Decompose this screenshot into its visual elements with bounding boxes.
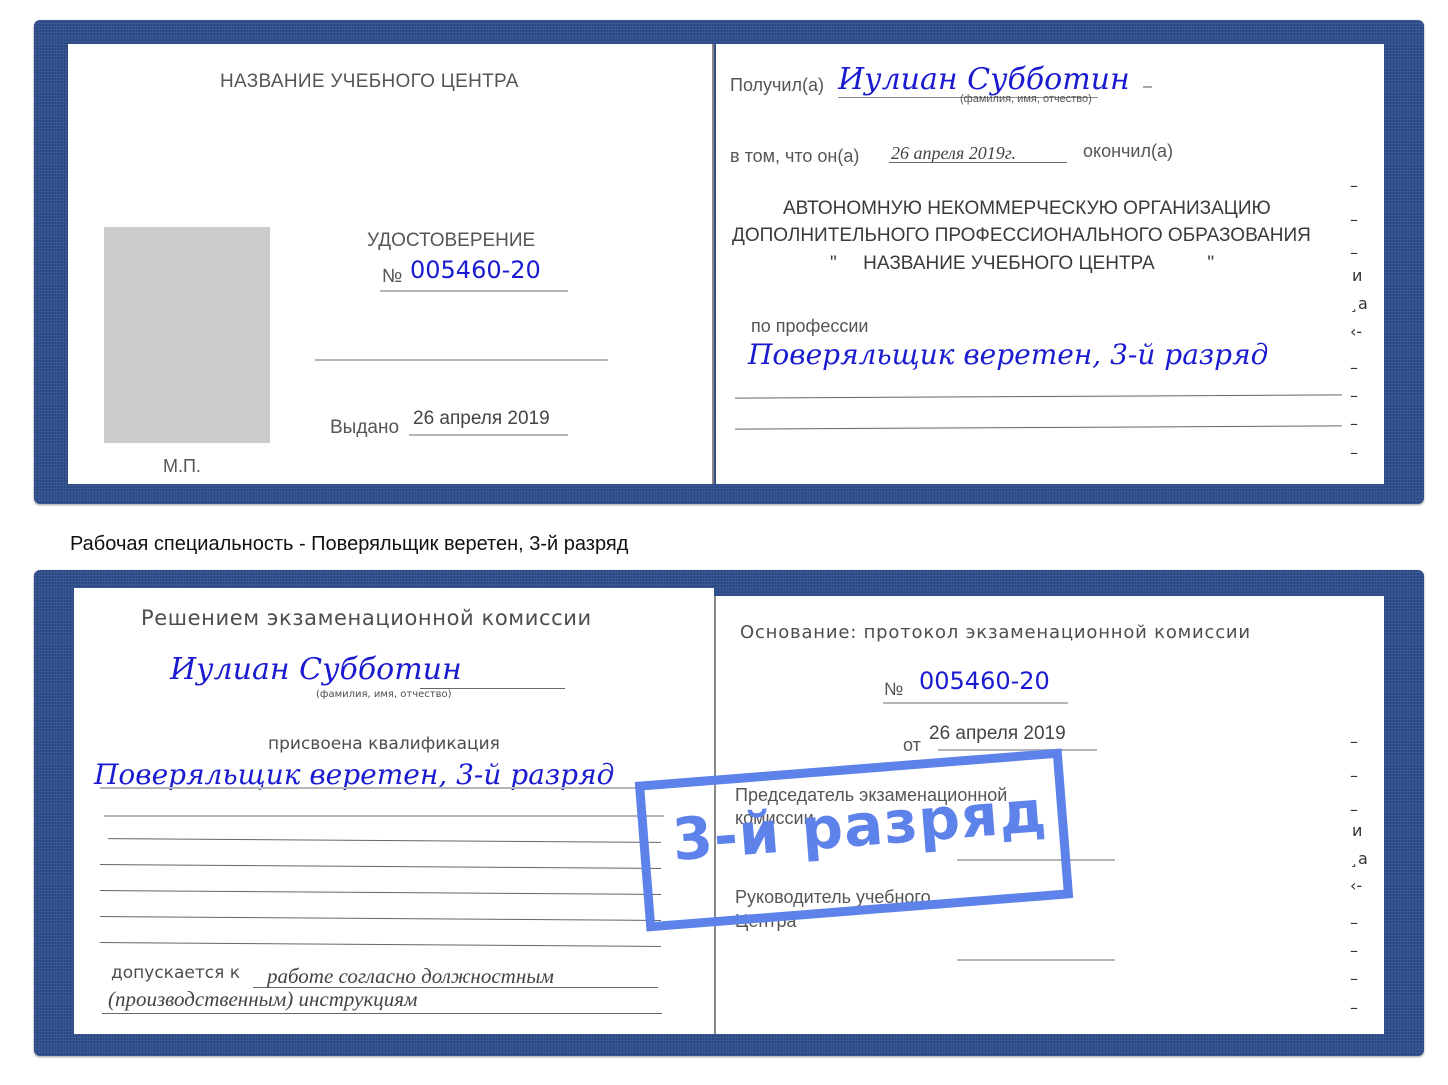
profession-label: по профессии xyxy=(751,316,868,337)
edge-mark: ‹- xyxy=(1350,322,1362,341)
completed-date: 26 апреля 2019г. xyxy=(891,143,1016,164)
edge-mark: ¸а xyxy=(1350,849,1368,868)
completed-suffix: окончил(а) xyxy=(1083,141,1173,162)
edge-mark: – xyxy=(1350,941,1358,960)
commission-recipient-name: Иулиан Суббоmин xyxy=(170,652,462,687)
edge-mark: – xyxy=(1350,358,1358,377)
commission-name-hint: (фамилия, имя, отчество) xyxy=(316,689,452,700)
completed-prefix: в том, что он(а) xyxy=(730,146,859,167)
organization-line-2: ДОПОЛНИТЕЛЬНОГО ПРОФЕССИОНАЛЬНОГО ОБРАЗО… xyxy=(732,225,1311,247)
dash-mark: – xyxy=(1143,78,1152,96)
edge-mark: – xyxy=(1350,913,1358,932)
edge-mark: ¸а xyxy=(1350,294,1368,313)
photo-placeholder xyxy=(104,227,270,443)
edge-mark: – xyxy=(1350,210,1358,229)
admitted-line-2: (производственным) инструкциям xyxy=(108,987,417,1012)
admitted-underline-2 xyxy=(102,1013,662,1014)
protocol-date: 26 апреля 2019 xyxy=(929,723,1066,745)
commission-decision-title: Решением экзаменационной комиссии xyxy=(141,606,592,630)
protocol-number-underline xyxy=(883,702,1068,704)
edge-mark: – xyxy=(1350,800,1358,819)
edge-mark: – xyxy=(1350,386,1358,405)
issued-date: 26 апреля 2019 xyxy=(413,408,550,430)
qualification-line-1 xyxy=(100,787,664,789)
edge-mark: и xyxy=(1352,821,1362,840)
profession-value: Поверяльщик веретен, 3-й разряд xyxy=(748,338,1268,371)
issued-date-underline xyxy=(409,434,568,436)
edge-mark: – xyxy=(1350,732,1358,751)
basis-date-label: от xyxy=(903,735,921,756)
recipient-name: Иулиан Суббоmин xyxy=(838,62,1130,97)
document-type-title: УДОСТОВЕРЕНИЕ xyxy=(367,230,535,252)
name-hint: (фамилия, имя, отчество) xyxy=(960,93,1092,105)
qualification-line-2 xyxy=(104,815,664,817)
admitted-label: допускается к xyxy=(111,963,240,983)
edge-mark: – xyxy=(1350,243,1358,262)
edge-mark: – xyxy=(1350,998,1358,1017)
stamp-text: 3-й разряд xyxy=(670,777,1049,874)
specialty-caption: Рабочая специальность - Поверяльщик вере… xyxy=(70,533,628,556)
organization-line-3: " НАЗВАНИЕ УЧЕБНОГО ЦЕНТРА " xyxy=(830,253,1214,275)
number-label: № xyxy=(382,266,402,288)
training-center-name: НАЗВАНИЕ УЧЕБНОГО ЦЕНТРА xyxy=(220,71,519,93)
admitted-line-1: работе согласно должностным xyxy=(267,964,554,989)
organization-line-1: АВТОНОМНУЮ НЕКОММЕРЧЕСКУЮ ОРГАНИЗАЦИЮ xyxy=(783,198,1271,220)
spine-fold xyxy=(712,44,714,484)
edge-mark: – xyxy=(1350,969,1358,988)
received-label: Получил(а) xyxy=(730,75,824,96)
protocol-number: 005460-20 xyxy=(919,667,1050,695)
edge-mark: – xyxy=(1350,766,1358,785)
basis-title: Основание: протокол экзаменационной коми… xyxy=(740,622,1251,643)
issued-label: Выдано xyxy=(330,417,399,439)
protocol-date-underline xyxy=(938,749,1097,751)
edge-mark: – xyxy=(1350,176,1358,195)
qualification-label: присвоена квалификация xyxy=(268,734,500,754)
completed-date-underline xyxy=(889,162,1067,163)
number-underline xyxy=(380,290,568,292)
head-signature-line xyxy=(957,959,1115,961)
edge-mark: – xyxy=(1350,414,1358,433)
basis-number-label: № xyxy=(884,679,903,700)
edge-mark: ‹- xyxy=(1350,876,1362,895)
certificate-number: 005460-20 xyxy=(410,256,541,284)
edge-mark: – xyxy=(1350,443,1358,462)
signature-line xyxy=(315,359,608,361)
seal-label: М.П. xyxy=(163,456,201,477)
edge-mark: и xyxy=(1352,266,1362,285)
